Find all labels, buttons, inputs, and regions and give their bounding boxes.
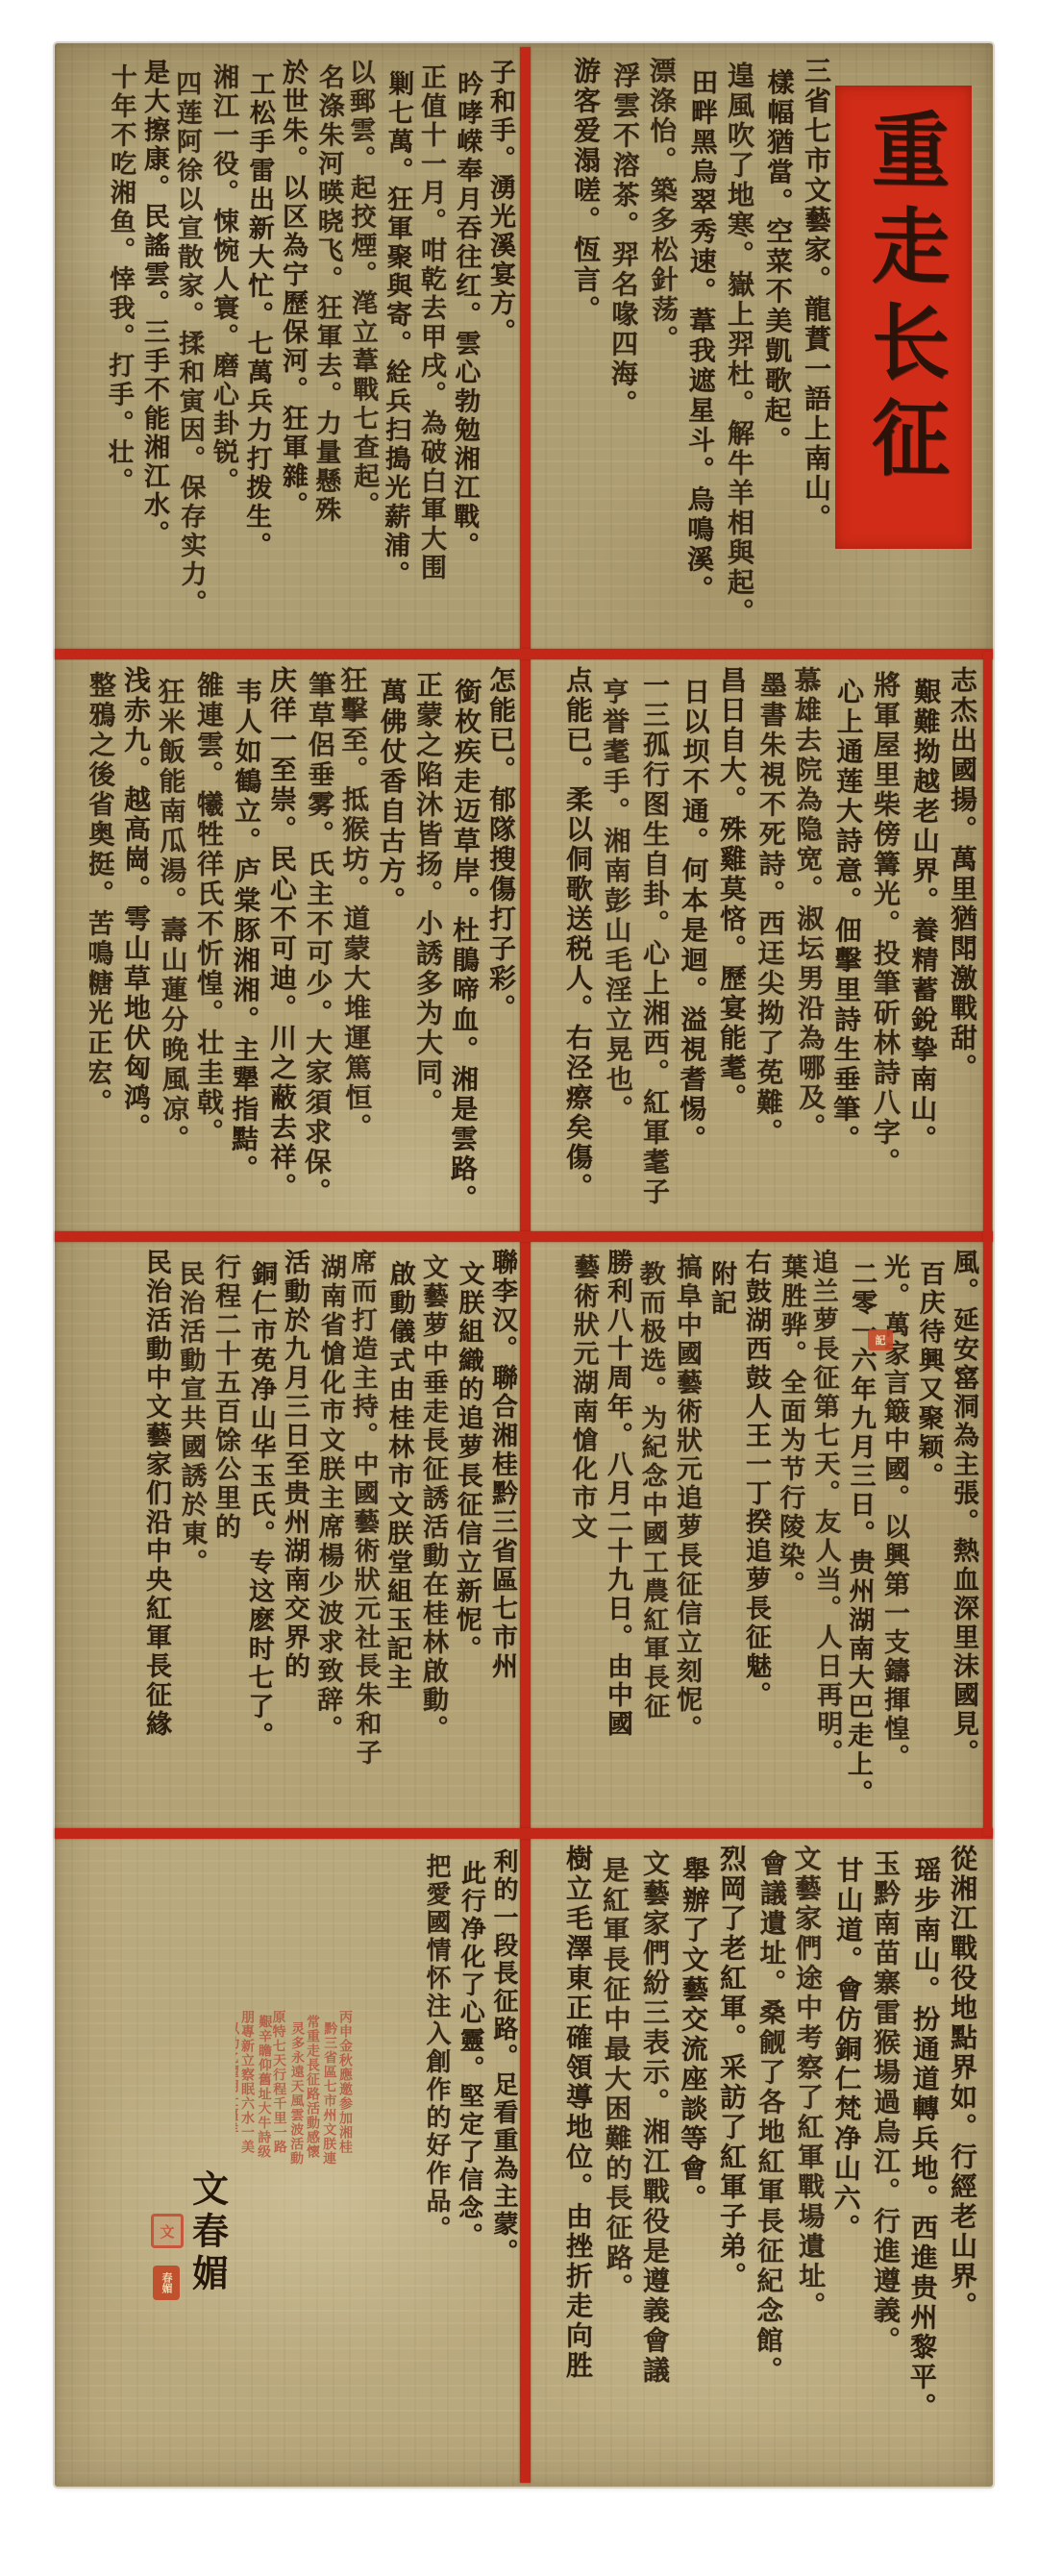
text-column: 湖南省愴化市文朕主席楊少波求致辞。 <box>310 1253 347 1744</box>
text-column: 漂涤怡。築多松針荡。 <box>643 57 680 355</box>
text-column: 萬佛仗香自古方。 <box>373 678 409 916</box>
text-column: 遑風吹了地寒。嶽上羿杜。解牛羊相與起。 <box>722 62 756 628</box>
text-column: 樹立毛澤東正確領導地位。由挫折走向胜 <box>560 1845 595 2381</box>
grid-line-vertical-center <box>520 47 531 2483</box>
text-column: 藝術狀元湖南愴化市文 <box>565 1253 601 1542</box>
text-column: 銜枚疾走迈草岸。杜鵑啼血。湘是雲路。 <box>445 678 484 1214</box>
text-column: 昑哮嵘奉月吞往红。雲心勃勉湘江戰。 <box>447 70 483 560</box>
text-column: 墨書朱視不死詩。西迋尖拗了莬難。 <box>751 671 789 1148</box>
text-column: 慕雄去院為隐宽。淑坛男沿為哪及。 <box>788 666 828 1143</box>
text-column: 浮雲不溶茶。羿名喙四海。 <box>605 62 642 419</box>
text-column: 整鴉之後省奥挺。苦鳴糖光正宏。 <box>89 671 118 1118</box>
colophon-column: 艱辛瞻仰舊址大牛詩级 <box>255 2015 273 2310</box>
text-column: 葉胜骅。全面为节行陵染。 <box>772 1253 807 1599</box>
text-column: 席而打造主持。中國藝術狀元社長朱和子 <box>344 1249 383 1768</box>
text-column: 正值十一月。咁乾去甲戌。為破白軍大围 <box>414 63 447 582</box>
text-column: 名涤朱河暎晓飞。狂軍去。力量懸殊 <box>309 63 345 525</box>
panel-row3-right: 風。延安窰洞為主張。熱血深里沫國見。百庆待興又聚颖。光。萬家言簸中國。以興第一支… <box>535 1249 979 1823</box>
grid-line-right-edge <box>983 652 992 1836</box>
text-column: 右鼓湖西鼓人王一丁揆追萝長征魅。 <box>739 1249 772 1710</box>
text-column: 狂擊至。抵猴坊。道蒙大堆運篤恒。 <box>334 666 374 1143</box>
colophon-column: 朋專新立察眠六水一美 <box>239 2010 255 2310</box>
text-column: 行程二十五百馀公里的 <box>209 1253 241 1542</box>
calligraphy-sheet: 重走长征 三省七市文藝家。龍蕡一語上南山。樣幅猶當。空菜不美凱歌起。遑風吹了地寒… <box>55 43 993 2487</box>
text-column: 筆草侶垂雾。氏主不可少。大家須求保。 <box>299 671 338 1207</box>
text-column: 百庆待興又聚颖。 <box>911 1260 946 1491</box>
text-column: 艱難拗越老山界。養精蓄銳挚南山。 <box>904 678 943 1154</box>
colophon-column: 常重走長征路活動感懷 <box>305 2015 320 2310</box>
text-column: 勝利八十周年。八月二十九日。由中國 <box>601 1249 633 1739</box>
text-column: 一三孤行图生自卦。心上湘西。紅軍耄子 <box>637 671 672 1207</box>
artist-seal-lower: 春媚 <box>153 2266 180 2300</box>
text-column: 瑶步南山。扮通道轉兵地。西進贵州黎平。 <box>903 1856 943 2422</box>
text-column: 庆徉一至崇。民心不可迪。川之蔽去祥。 <box>264 666 299 1202</box>
colophon-column: 原特七天行程千里一路 <box>270 2010 288 2310</box>
red-colophon: 丙申金秋應邀参加湘桂黔三省區七市州文朕連常重走長征路活動感懷灵多永遠天風雲波活動… <box>235 2010 353 2310</box>
text-column: 三省七市文藝家。龍蕡一語上南山。 <box>799 57 833 533</box>
text-column: 把愛國情怀注入創作的好作品。 <box>421 1853 451 2243</box>
text-column: 玉黔南苗寨雷猴場過烏江。行進遵義。 <box>868 1849 902 2356</box>
title-seal-block: 重走长征 <box>835 86 972 549</box>
text-column: 銅仁市莬净山华玉氏。专这麽时七了。 <box>241 1260 278 1750</box>
text-column: 會議遺址。桑觎了各地紅軍長征紀念館。 <box>751 1849 790 2386</box>
text-column: 怎能已。郁隊搜傷打子彩。 <box>483 666 518 1024</box>
text-column: 教而极选。为紀念中國工農紅軍長征 <box>632 1260 670 1721</box>
text-column: 十年不吃湘鱼。悻我。打手。壮。 <box>101 63 137 496</box>
panel-row2-right: 志杰出國揚。萬里猶閗激戰甜。艱難拗越老山界。養精蓄銳挚南山。將軍屋里柴傍篝光。投… <box>535 666 979 1227</box>
text-column: 心上通莲大詩意。佃擊里詩生垂筆。 <box>828 678 866 1154</box>
title-seal-text: 重走长征 <box>865 106 943 550</box>
text-column: 文藝家們紛三表示。湘江戰役是遵義會議 <box>637 1849 672 2386</box>
text-column: 烈岡了老紅軍。采訪了紅軍子弟。 <box>714 1845 749 2291</box>
text-column: 点能已。柔以侗歌送税人。右泾瘵矣傷。 <box>560 666 595 1202</box>
text-column: 亨誉耄手。湘南彭山毛淫立晃也。 <box>597 678 636 1125</box>
artist-seal-upper: 文 <box>151 2214 184 2248</box>
panel-row4-left-closing: 利的一段長征路。足看重為主蒙。此行净化了心靈。堅定了信念。把愛國情怀注入創作的好… <box>372 1848 518 2300</box>
text-column: 民治活動宣共國誘於東。 <box>172 1260 208 1577</box>
text-column: 將軍屋里柴傍篝光。投筆斫林詩八字。 <box>868 671 902 1177</box>
text-column: 以郵雲。起挍煙。滗立葦戰七查起。 <box>342 59 380 520</box>
text-column: 追兰萝長征第七天。友人当。人日再明。 <box>805 1249 844 1768</box>
grid-line-horizontal-1 <box>55 649 993 659</box>
text-column: 文朕組織的追萝長征信立新怩。 <box>449 1260 485 1664</box>
text-column: 是大擦康。民謠雲。三手不能湘江水。 <box>137 59 170 549</box>
panel-row3-left: 聯李汉。聯合湘桂黔三省區七市州文朕組織的追萝長征信立新怩。文藝萝中垂走長征誘活動… <box>89 1249 518 1823</box>
text-column: 於世朱。以区為宁歷保河。狂軍雜。 <box>276 59 309 520</box>
text-column: 啟動儀式由桂林市文朕堂組玉記主 <box>380 1260 416 1693</box>
panel-row4-right: 從湘江戰役地點界如。行經老山界。瑶步南山。扮通道轉兵地。西進贵州黎平。玉黔南苗寨… <box>535 1845 979 2479</box>
text-column: 文藝萝中垂走長征誘活動在桂林啟動。 <box>416 1253 449 1744</box>
text-column: 子和手。湧光溪宴方。 <box>483 59 516 347</box>
text-column: 游客爱溻嗟。恆言。 <box>568 57 603 325</box>
text-column: 日以坝不通。何本是迴。溢視耆惕。 <box>674 678 712 1154</box>
text-column: 民治活動中文藝家们沿中央紅軍長征緣 <box>139 1249 172 1739</box>
colophon-column: 灵多永遠天風雲波活動 <box>287 2021 306 2310</box>
text-column: 活動於九月三日至贵州湖南交界的 <box>278 1249 310 1681</box>
text-column: 從湘江戰役地點界如。行經老山界。 <box>945 1845 979 2321</box>
text-column: 是紅軍長征中最大困難的長征路。 <box>597 1856 636 2303</box>
postscript-seal: 記 <box>868 1329 893 1350</box>
colophon-column: 丙申金秋應邀参加湘桂 <box>337 2010 353 2310</box>
text-column: 正蒙之陷沐皆扬。小誘多为大同。 <box>410 671 445 1118</box>
text-column: 甘山道。會仿銅仁梵净山六。 <box>828 1856 866 2243</box>
text-column: 聯李汉。聯合湘桂黔三省區七市州 <box>485 1249 518 1681</box>
artist-signature: 文春媚 <box>184 2169 230 2296</box>
text-column: 風。延安窰洞為主張。熱血深里沫國見。 <box>947 1249 979 1768</box>
text-column: 剿七萬。狂軍聚與寄。絟兵扫搗光薪浦。 <box>378 70 415 589</box>
panel-row2-left: 怎能已。郁隊搜傷打子彩。銜枚疾走迈草岸。杜鵑啼血。湘是雲路。正蒙之陷沐皆扬。小誘… <box>89 666 518 1227</box>
text-column: 文藝家們途中考察了紅軍戰場遺址。 <box>788 1845 828 2321</box>
text-column: 樣幅猶當。空菜不美凱歌起。 <box>758 68 797 456</box>
text-column: 四莲阿徐以宣散家。揉和寅因。保存实力。 <box>169 70 208 618</box>
text-column: 此行净化了心靈。堅定了信念。 <box>453 1860 486 2250</box>
text-column: 利的一段長征路。足看重為主蒙。 <box>488 1848 518 2266</box>
text-column: 舉辦了文藝交流座談等會。 <box>674 1856 711 2214</box>
photo-of-calligraphy: 重走长征 三省七市文藝家。龍蕡一語上南山。樣幅猶當。空菜不美凱歌起。遑風吹了地寒… <box>0 0 1038 2576</box>
text-column: 昌日自大。殊雞莫悋。歷宴能耄。 <box>714 666 749 1113</box>
text-column: 雒連雲。犧牲徉氏不忻惶。壮圭戟。 <box>191 671 226 1148</box>
text-column: 附記 <box>704 1260 738 1318</box>
grid-line-horizontal-3 <box>55 1828 993 1839</box>
panel-row1-left: 子和手。湧光溪宴方。昑哮嵘奉月吞往红。雲心勃勉湘江戰。正值十一月。咁乾去甲戌。為… <box>62 59 516 645</box>
text-column: 浅赤九。越高崗。雩山草地伏匈鸿。 <box>118 666 153 1143</box>
text-column: 田畔黑烏翠秀速。葦我遮星斗。烏鳴溪。 <box>681 68 721 605</box>
text-column: 狂米飯能南瓜湯。壽山蓮分晚風凉。 <box>152 678 191 1154</box>
panel-row1-right: 三省七市文藝家。龍蕡一語上南山。樣幅猶當。空菜不美凱歌起。遑風吹了地寒。嶽上羿杜… <box>533 57 833 645</box>
text-column: 韦人如鶴立。庐棠豚湘湘。主犟指黠。 <box>226 678 265 1184</box>
text-column: 工松手雷出新大忙。七萬兵力打拨生。 <box>239 70 276 560</box>
text-column: 志杰出國揚。萬里猶閗激戰甜。 <box>945 666 979 1083</box>
grid-line-horizontal-2 <box>55 1231 993 1242</box>
text-column: 搞阜中國藝術狀元追萝長征信立刻怩。 <box>670 1253 703 1744</box>
colophon-column: 黔三省區七市州文朕連 <box>320 2021 338 2310</box>
text-column: 湘江一役。悚惋人寰。磨心卦锐。 <box>207 63 239 496</box>
